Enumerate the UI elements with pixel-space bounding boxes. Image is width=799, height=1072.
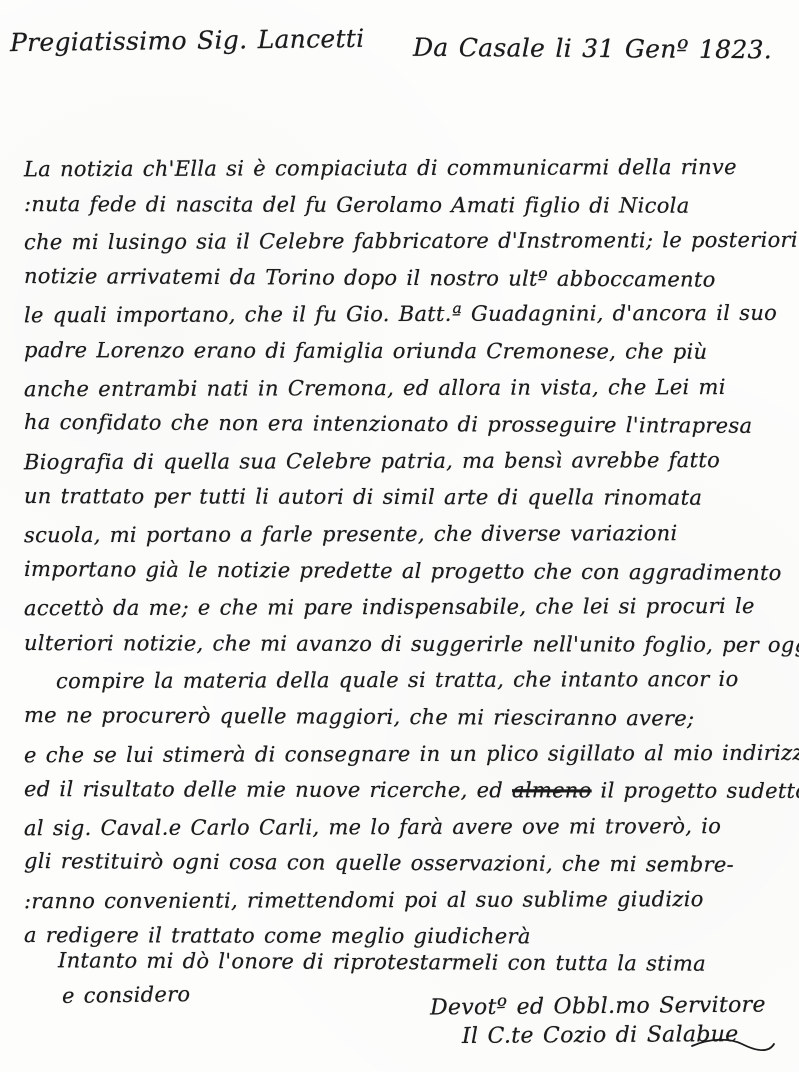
signature-flourish-icon [690,1036,776,1054]
letter-addressee: Pregiatissimo Sig. Lancetti [10,24,365,57]
manuscript-line: Biografia di quella sua Celebre patria, … [24,442,796,481]
manuscript-line: me ne procurerò quelle maggiori, che mi … [24,697,796,738]
manuscript-line: al sig. Caval.e Carlo Carli, me lo farà … [24,807,796,846]
letter-valediction: Devotº ed Obbl.mo Servitore [430,993,766,1021]
manuscript-line: :ranno convenienti, rimettendomi poi al … [24,881,796,920]
manuscript-line: importano già le notizie predette al pro… [24,551,796,592]
manuscript-line: ulteriori notizie, che mi avanzo di sugg… [24,625,796,663]
letter-dateline: Da Casale li 31 Genº 1823. [413,33,772,65]
manuscript-line: che mi lusingo sia il Celebre fabbricato… [24,222,796,261]
manuscript-line: le quali importano, che il fu Gio. Batt.… [24,295,796,334]
letter-paper: Pregiatissimo Sig. Lancetti Da Casale li… [0,0,799,1072]
manuscript-line: e che se lui stimerà di consegnare in un… [24,734,796,773]
manuscript-line: accettò da me; e che mi pare indispensab… [24,588,796,627]
manuscript-line: ha confidato che non era intenzionato di… [24,404,796,445]
manuscript-line: scuola, mi portano a farle presente, che… [24,515,796,554]
letter-closing-line: Intanto mi dò l'onore di riprotestarmeli… [58,948,706,975]
manuscript-line: ed il risultato delle mie nuove ricerche… [24,771,796,809]
manuscript-line: notizie arrivatemi da Torino dopo il nos… [24,258,796,299]
struck-word: almeno [512,778,592,802]
manuscript-line: gli restituirò ogni cosa con quelle osse… [24,843,796,884]
manuscript-line: un trattato per tutti li autori di simil… [24,478,796,516]
manuscript-line: :nuta fede di nascita del fu Gerolamo Am… [24,186,796,224]
manuscript-line: compire la materia della quale si tratta… [24,661,796,700]
letter-closing-considero: e considero [62,982,191,1008]
letter-body: La notizia ch'Ella si è compiaciuta di c… [24,150,796,955]
manuscript-line: anche entrambi nati in Cremona, ed allor… [24,368,796,407]
manuscript-line: La notizia ch'Ella si è compiaciuta di c… [24,149,796,188]
manuscript-line: padre Lorenzo erano di famiglia oriunda … [24,332,796,370]
